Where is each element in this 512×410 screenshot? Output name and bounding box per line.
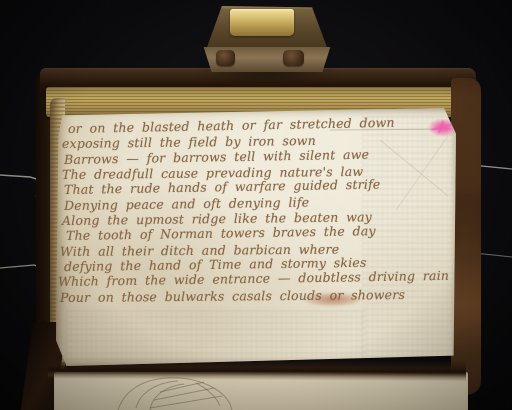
clasp-rivet bbox=[216, 50, 235, 66]
clasp-brass-plate bbox=[230, 9, 294, 36]
pencil-creases bbox=[56, 108, 456, 366]
clasp-rivet bbox=[283, 50, 304, 66]
sketchbook-photo: or on the blasted heath or far stretched… bbox=[0, 0, 512, 410]
manuscript-page bbox=[56, 108, 456, 366]
ink-smudge bbox=[305, 293, 361, 306]
